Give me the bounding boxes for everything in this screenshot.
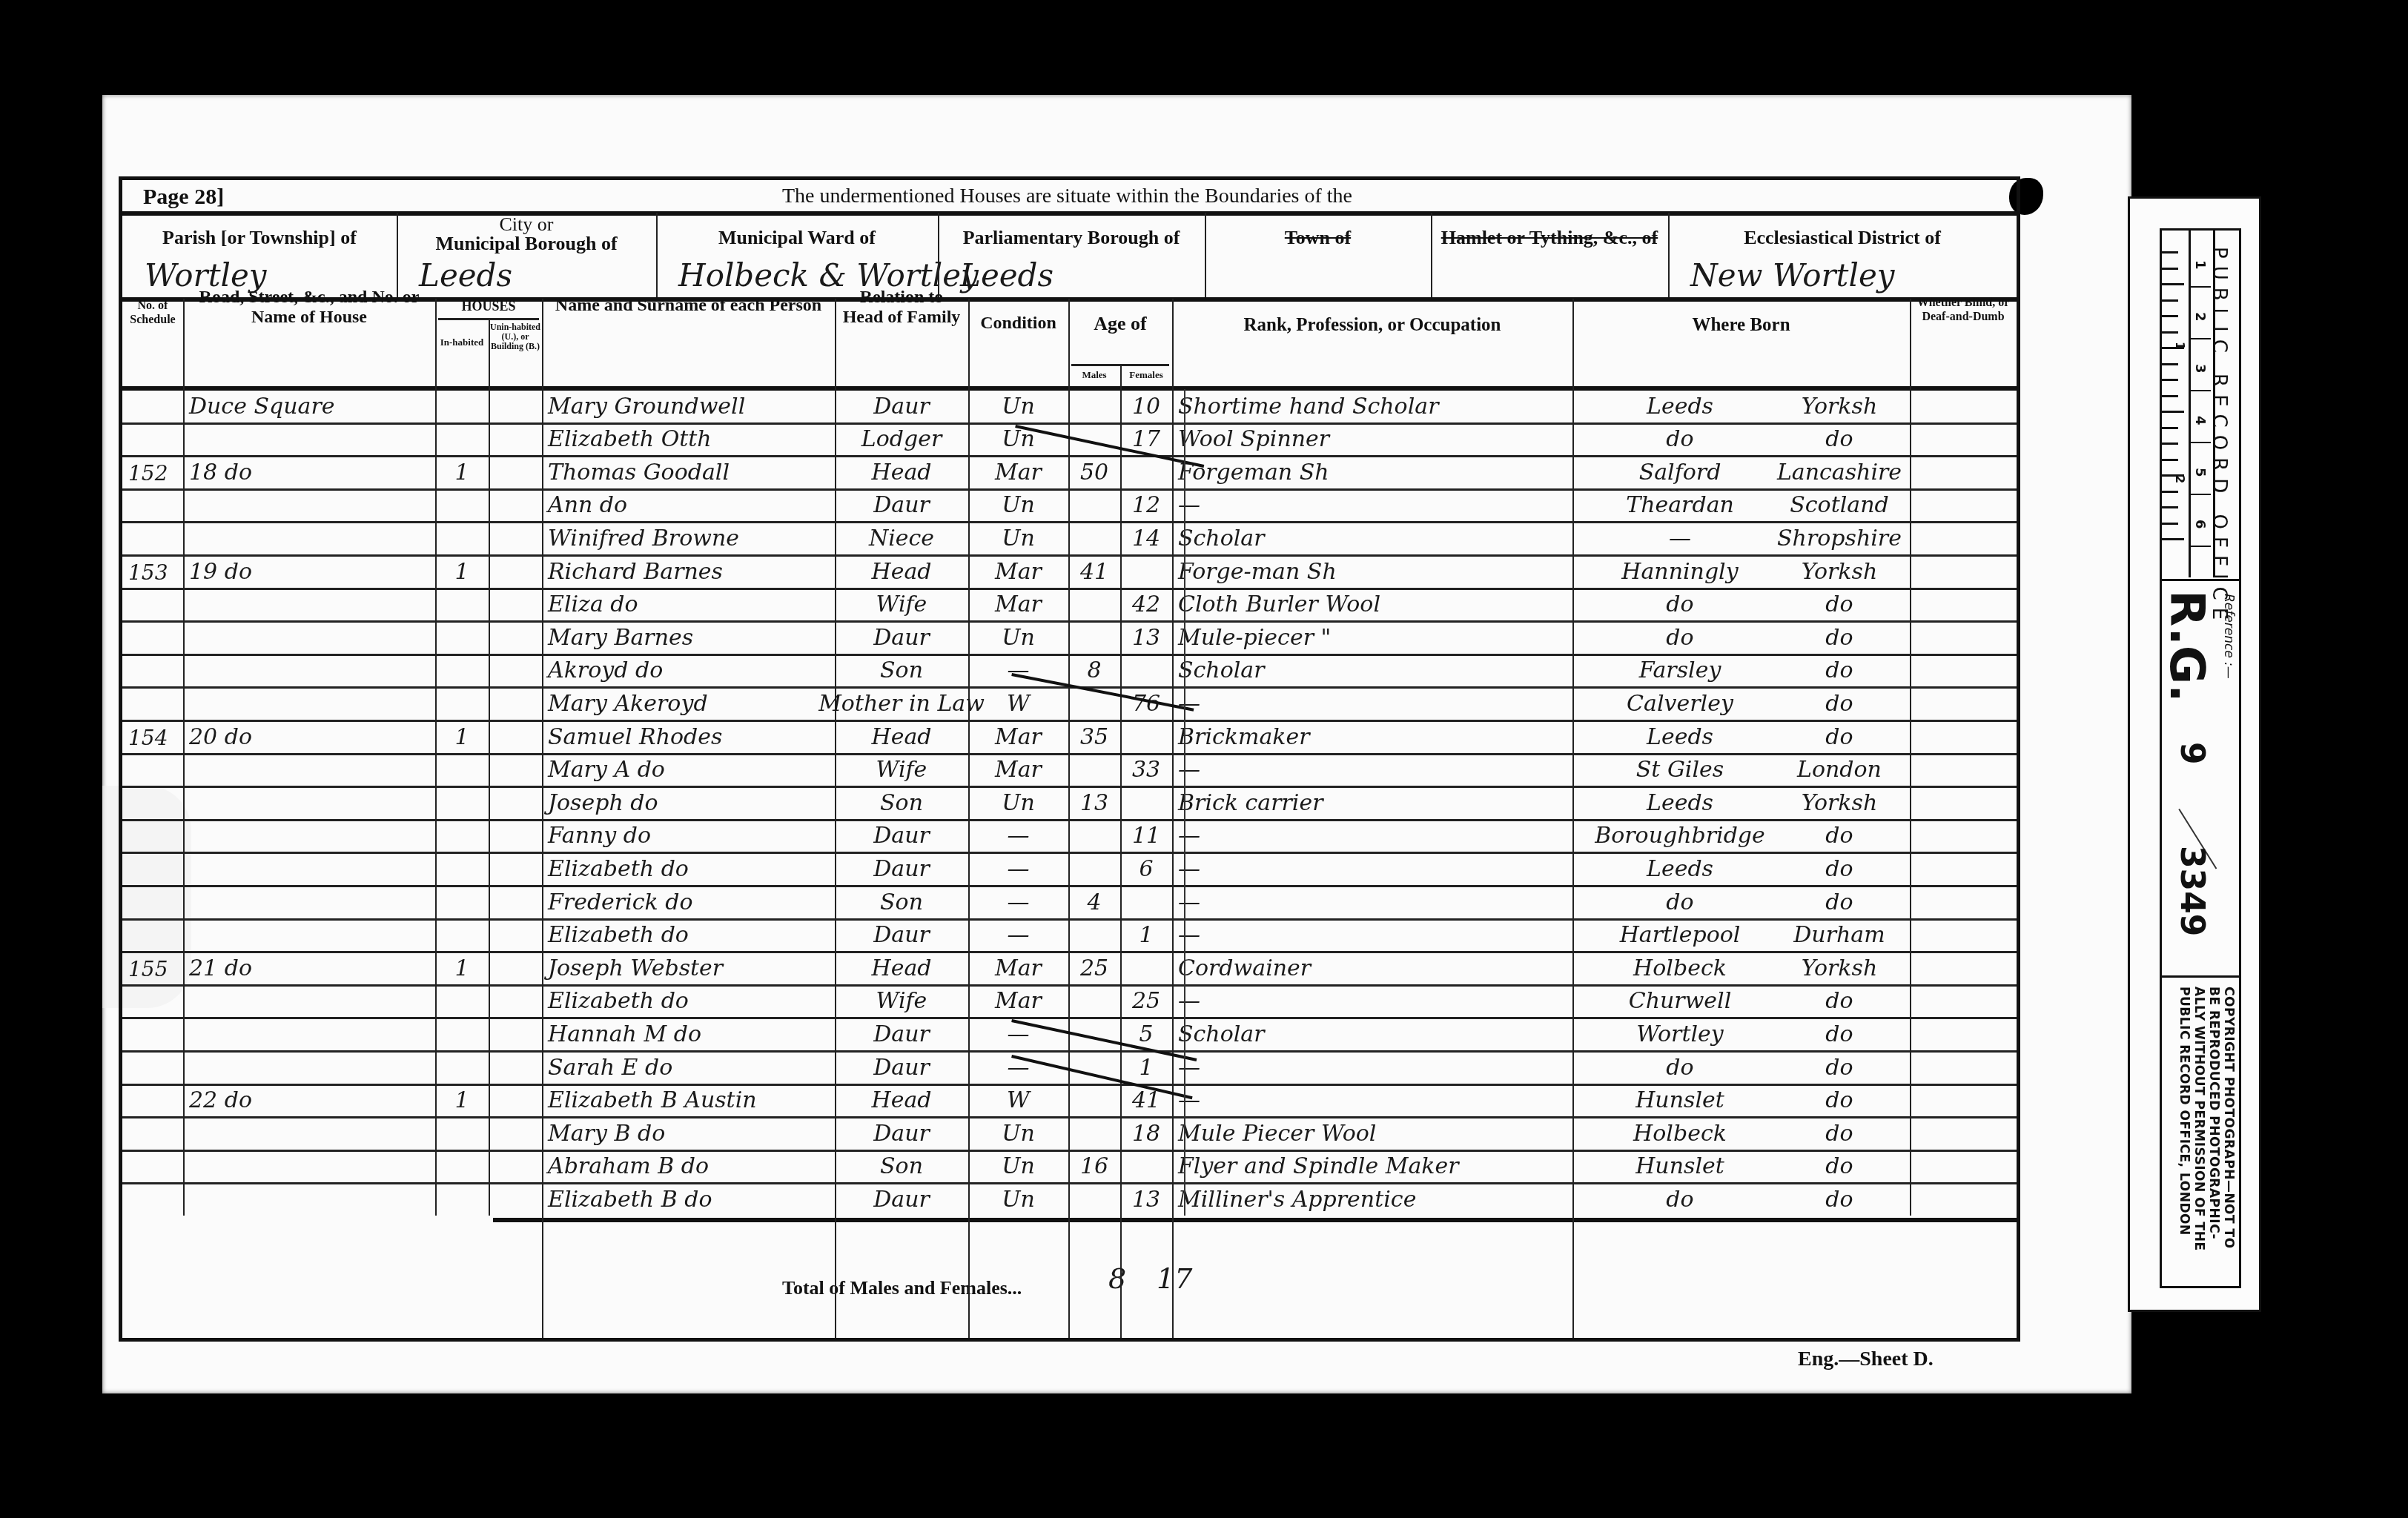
cell-male-age: 16 <box>1074 1150 1114 1183</box>
cell-born-place: Hartlepool <box>1595 918 1765 952</box>
ruler-tick <box>2162 411 2184 413</box>
column-header-born: Where Born <box>1572 315 1910 336</box>
cell-condition: Un <box>974 1182 1062 1216</box>
cell-relation: Daur <box>841 918 962 952</box>
ruler-number: 2 <box>2173 475 2187 483</box>
cell-born-place: do <box>1595 885 1765 918</box>
totals-label: Total of Males and Females... <box>782 1277 1022 1299</box>
scale-number: 1 <box>2192 260 2208 270</box>
cell-name: Eliza do <box>548 588 829 621</box>
copyright-line: BE REPRODUCED PHOTOGRAPHIC- <box>2206 987 2221 1239</box>
ruler-tick <box>2162 283 2184 285</box>
cell-born-place: do <box>1595 620 1765 654</box>
table-row[interactable]: Duce SquareMary GroundwellDaurUn10Shorti… <box>122 389 2017 422</box>
cell-road <box>189 620 429 654</box>
location-value: New Wortley <box>1690 257 1894 294</box>
cell-occupation: — <box>1178 852 1567 885</box>
cell-condition: Mar <box>974 554 1062 588</box>
cell-born-county: do <box>1773 1150 1906 1183</box>
cell-born-county: do <box>1773 422 1906 456</box>
cell-schedule <box>128 885 177 918</box>
cell-female-age <box>1126 786 1166 819</box>
cell-road: 19 do <box>189 554 429 588</box>
cell-schedule <box>128 588 177 621</box>
table-row[interactable]: 22 do1Elizabeth B AustinHeadW41—Hunsletd… <box>122 1084 2017 1117</box>
table-row[interactable]: Abraham B doSonUn16Flyer and Spindle Mak… <box>122 1150 2017 1183</box>
cell-occupation: Brickmaker <box>1178 720 1567 753</box>
cell-occupation: Brick carrier <box>1178 786 1567 819</box>
cell-road <box>189 753 429 786</box>
cell-female-age <box>1126 885 1166 918</box>
cell-name: Elizabeth do <box>548 918 829 952</box>
cell-occupation: — <box>1178 885 1567 918</box>
cell-male-age: 13 <box>1074 786 1114 819</box>
cell-born-county: Yorksh <box>1773 786 1906 819</box>
cell-name: Elizabeth B do <box>548 1182 829 1216</box>
cell-female-age <box>1126 554 1166 588</box>
column-header-females: Females <box>1120 368 1172 381</box>
divider <box>1668 213 1670 297</box>
cell-relation: Daur <box>841 389 962 422</box>
cell-relation: Son <box>841 786 962 819</box>
cell-inhabited <box>441 885 483 918</box>
cell-born-place: St Giles <box>1595 753 1765 786</box>
cell-name: Richard Barnes <box>548 554 829 588</box>
cell-condition: Un <box>974 1150 1062 1183</box>
divider <box>938 213 939 297</box>
archive-reference-tab: 12345612 PUBLIC RECORD OFFICE Reference … <box>2128 196 2261 1312</box>
location-label-prefix: City or <box>397 214 656 235</box>
cell-female-age: 12 <box>1126 488 1166 522</box>
cell-occupation: Forgeman Sh <box>1178 455 1567 488</box>
cell-relation: Daur <box>841 1050 962 1084</box>
cell-male-age: 35 <box>1074 720 1114 753</box>
cell-inhabited <box>441 1150 483 1183</box>
cell-born-county: do <box>1773 1182 1906 1216</box>
cell-occupation: Shortime hand Scholar <box>1178 389 1567 422</box>
cell-female-age: 1 <box>1126 918 1166 952</box>
cell-name: Elizabeth Otth <box>548 422 829 456</box>
location-value: Leeds <box>960 257 1053 294</box>
cell-male-age: 4 <box>1074 885 1114 918</box>
cell-male-age <box>1074 521 1114 554</box>
divider <box>1431 213 1432 297</box>
cell-female-age <box>1126 654 1166 687</box>
ruler-tick <box>2162 251 2178 253</box>
cell-name: Abraham B do <box>548 1150 829 1183</box>
cell-relation: Niece <box>841 521 962 554</box>
cell-condition: — <box>974 1050 1062 1084</box>
table-row[interactable]: Joseph doSonUn13Brick carrierLeedsYorksh <box>122 786 2017 819</box>
cell-female-age: 18 <box>1126 1116 1166 1150</box>
table-row[interactable]: Ann doDaurUn12—TheardanScotland <box>122 488 2017 522</box>
cell-inhabited <box>441 852 483 885</box>
column-header-infirmity: Whether Blind, or Deaf-and-Dumb <box>1910 296 2017 324</box>
column-header-males: Males <box>1068 368 1120 381</box>
cell-condition: Un <box>974 521 1062 554</box>
ruler-tick <box>2162 268 2178 270</box>
ruler-tick <box>2162 427 2178 429</box>
cell-occupation: Mule-piecer " <box>1178 620 1567 654</box>
sheet-footer: Eng.—Sheet D. <box>1798 1348 1934 1371</box>
cell-schedule <box>128 488 177 522</box>
cell-born-place: Hanningly <box>1595 554 1765 588</box>
cell-female-age: 11 <box>1126 819 1166 852</box>
cell-occupation: — <box>1178 1050 1567 1084</box>
cell-born-place: do <box>1595 1050 1765 1084</box>
cell-name: Thomas Goodall <box>548 455 829 488</box>
table-row[interactable]: Mary AkeroydMother in LawW76—Calverleydo <box>122 686 2017 720</box>
cell-relation: Daur <box>841 488 962 522</box>
cell-condition: Mar <box>974 455 1062 488</box>
location-label: Hamlet or Tything, &c., of <box>1431 228 1668 248</box>
cell-female-age: 13 <box>1126 620 1166 654</box>
cell-name: Elizabeth do <box>548 984 829 1018</box>
column-header-road: Road, Street, &c., and No. or Name of Ho… <box>183 288 435 328</box>
ruler-tick <box>2162 363 2178 365</box>
cell-road: 20 do <box>189 720 429 753</box>
column-header-name: Name and Surname of each Person <box>542 296 835 316</box>
cell-inhabited <box>441 753 483 786</box>
cell-born-place: Holbeck <box>1595 951 1765 984</box>
table-row[interactable]: Sarah E doDaur—1—dodo <box>122 1050 2017 1084</box>
cell-female-age: 25 <box>1126 984 1166 1018</box>
cell-schedule <box>128 620 177 654</box>
scale-number: 3 <box>2192 364 2208 374</box>
cell-road <box>189 918 429 952</box>
cell-schedule <box>128 1017 177 1050</box>
cell-relation: Daur <box>841 1182 962 1216</box>
table-row[interactable]: Fanny doDaur—11—Boroughbridgedo <box>122 819 2017 852</box>
cell-road <box>189 422 429 456</box>
table-row[interactable]: Eliza doWifeMar42Cloth Burler Wooldodo <box>122 588 2017 621</box>
cell-born-place: Hunslet <box>1595 1084 1765 1117</box>
cell-occupation: — <box>1178 488 1567 522</box>
cell-condition: — <box>974 918 1062 952</box>
cell-relation: Head <box>841 554 962 588</box>
cell-schedule: 154 <box>128 720 177 753</box>
cell-condition: Mar <box>974 951 1062 984</box>
cell-occupation: — <box>1178 984 1567 1018</box>
table-row[interactable]: Mary BarnesDaurUn13Mule-piecer "dodo <box>122 620 2017 654</box>
cell-occupation: Scholar <box>1178 654 1567 687</box>
cell-road <box>189 786 429 819</box>
table-row[interactable]: Elizabeth doDaur—1—HartlepoolDurham <box>122 918 2017 952</box>
cell-female-age: 13 <box>1126 1182 1166 1216</box>
cell-born-county: Yorksh <box>1773 951 1906 984</box>
cell-name: Joseph do <box>548 786 829 819</box>
table-row[interactable]: Mary A doWifeMar33—St GilesLondon <box>122 753 2017 786</box>
cell-road <box>189 885 429 918</box>
cell-schedule <box>128 1084 177 1117</box>
cell-relation: Head <box>841 951 962 984</box>
cell-name: Akroyd do <box>548 654 829 687</box>
scale-number: 4 <box>2192 416 2208 425</box>
cell-schedule <box>128 654 177 687</box>
cell-name: Fanny do <box>548 819 829 852</box>
cell-male-age <box>1074 488 1114 522</box>
cell-schedule <box>128 1050 177 1084</box>
location-label: Municipal Ward of <box>656 228 938 248</box>
table-row[interactable]: Elizabeth doDaur—6—Leedsdo <box>122 852 2017 885</box>
cell-born-place: do <box>1595 1182 1765 1216</box>
table-row[interactable]: 15218 do1Thomas GoodallHeadMar50Forgeman… <box>122 455 2017 488</box>
cell-relation: Daur <box>841 1116 962 1150</box>
cell-relation: Wife <box>841 984 962 1018</box>
cell-occupation: Milliner's Apprentice <box>1178 1182 1567 1216</box>
location-label: Parish [or Township] of <box>122 228 397 248</box>
cell-inhabited <box>441 984 483 1018</box>
cell-male-age <box>1074 819 1114 852</box>
cell-condition: — <box>974 819 1062 852</box>
cell-born-county: do <box>1773 654 1906 687</box>
cell-male-age: 41 <box>1074 554 1114 588</box>
cell-male-age <box>1074 1116 1114 1150</box>
cell-name: Mary Barnes <box>548 620 829 654</box>
copyright-line: COPYRIGHT PHOTOGRAPH—NOT TO <box>2221 987 2236 1249</box>
ruler-tick <box>2162 395 2178 397</box>
cell-name: Sarah E do <box>548 1050 829 1084</box>
cell-male-age <box>1074 389 1114 422</box>
cell-male-age: 25 <box>1074 951 1114 984</box>
occupation-bracket <box>1184 389 1185 1216</box>
cell-male-age <box>1074 918 1114 952</box>
cell-inhabited <box>441 521 483 554</box>
cell-born-county: Durham <box>1773 918 1906 952</box>
cell-condition: — <box>974 885 1062 918</box>
ruler-tick <box>2162 331 2178 334</box>
cell-born-county: do <box>1773 720 1906 753</box>
cell-schedule <box>128 1182 177 1216</box>
cell-born-place: do <box>1595 422 1765 456</box>
cell-born-county: do <box>1773 620 1906 654</box>
cell-road: 21 do <box>189 951 429 984</box>
column-header-condition: Condition <box>968 314 1068 334</box>
cell-inhabited <box>441 620 483 654</box>
reference-label: Reference :— <box>2221 594 2236 679</box>
cell-occupation: Forge-man Sh <box>1178 554 1567 588</box>
cell-female-age: 42 <box>1126 588 1166 621</box>
cell-condition: W <box>974 1084 1062 1117</box>
scale-number: 2 <box>2192 312 2208 322</box>
ruler-tick <box>2162 538 2184 540</box>
cell-relation: Wife <box>841 753 962 786</box>
cell-name: Mary A do <box>548 753 829 786</box>
ruler-tick <box>2162 443 2178 445</box>
cell-inhabited <box>441 686 483 720</box>
column-header-uninhabited: Unin-habited (U.), or Building (B.) <box>489 322 542 351</box>
location-label: Municipal Borough of <box>397 233 656 254</box>
location-label: Parliamentary Borough of <box>938 228 1205 248</box>
cell-relation: Daur <box>841 1017 962 1050</box>
archive-tab-frame: 12345612 PUBLIC RECORD OFFICE Reference … <box>2160 228 2241 1288</box>
cell-inhabited <box>441 389 483 422</box>
cell-condition: — <box>974 852 1062 885</box>
cell-occupation: — <box>1178 918 1567 952</box>
cell-inhabited: 1 <box>441 1084 483 1117</box>
cell-born-place: Holbeck <box>1595 1116 1765 1150</box>
cell-relation: Daur <box>841 620 962 654</box>
cell-condition: Un <box>974 389 1062 422</box>
cell-born-county: Yorksh <box>1773 389 1906 422</box>
cell-female-age <box>1126 951 1166 984</box>
cell-occupation: — <box>1178 753 1567 786</box>
cell-relation: Son <box>841 654 962 687</box>
cell-relation: Lodger <box>841 422 962 456</box>
cell-schedule <box>128 389 177 422</box>
cell-male-age <box>1074 1182 1114 1216</box>
column-header-occupation: Rank, Profession, or Occupation <box>1172 315 1572 336</box>
cell-road <box>189 852 429 885</box>
location-label: Ecclesiastical District of <box>1668 228 2017 248</box>
cell-born-county: London <box>1773 753 1906 786</box>
cell-born-place: — <box>1595 521 1765 554</box>
ruler-tick <box>2162 459 2178 461</box>
cell-occupation: Scholar <box>1178 521 1567 554</box>
cell-born-place: Calverley <box>1595 686 1765 720</box>
cell-name: Mary Groundwell <box>548 389 829 422</box>
divider <box>656 213 658 297</box>
cell-female-age <box>1126 455 1166 488</box>
cell-inhabited <box>441 1116 483 1150</box>
table-row[interactable]: Frederick doSon—4—dodo <box>122 885 2017 918</box>
cell-condition: Mar <box>974 753 1062 786</box>
cell-relation: Head <box>841 455 962 488</box>
cell-road <box>189 1017 429 1050</box>
cell-condition: W <box>974 686 1062 720</box>
cell-schedule <box>128 918 177 952</box>
cell-inhabited <box>441 786 483 819</box>
cell-occupation: Scholar <box>1178 1017 1567 1050</box>
cell-male-age <box>1074 1084 1114 1117</box>
cell-schedule <box>128 984 177 1018</box>
cell-road: 18 do <box>189 455 429 488</box>
cell-female-age: 6 <box>1126 852 1166 885</box>
table-row[interactable]: Elizabeth B doDaurUn13Milliner's Apprent… <box>122 1182 2017 1216</box>
cell-born-county: Shropshire <box>1773 521 1906 554</box>
cell-condition: Mar <box>974 720 1062 753</box>
table-row[interactable]: Akroyd doSon—8ScholarFarsleydo <box>122 654 2017 687</box>
cell-schedule <box>128 422 177 456</box>
cell-condition: Un <box>974 620 1062 654</box>
location-label: Town of <box>1205 228 1431 248</box>
cell-inhabited <box>441 1017 483 1050</box>
cell-schedule <box>128 852 177 885</box>
cell-born-place: Leeds <box>1595 720 1765 753</box>
cell-road <box>189 1116 429 1150</box>
cell-born-county: do <box>1773 984 1906 1018</box>
column-header-relation: Relation to Head of Family <box>835 288 968 328</box>
cell-condition: Un <box>974 786 1062 819</box>
cell-condition: Mar <box>974 588 1062 621</box>
cell-relation: Wife <box>841 588 962 621</box>
series-code: R.G. <box>2159 590 2214 703</box>
cell-road <box>189 488 429 522</box>
cell-inhabited <box>441 588 483 621</box>
copyright-line: PUBLIC RECORD OFFICE, LONDON <box>2177 987 2192 1236</box>
cell-occupation: — <box>1178 1084 1567 1117</box>
cell-road <box>189 654 429 687</box>
ruler-tick <box>2162 491 2178 493</box>
cell-born-place: Leeds <box>1595 786 1765 819</box>
cell-born-place: Theardan <box>1595 488 1765 522</box>
table-row[interactable]: Winifred BrowneNieceUn14Scholar—Shropshi… <box>122 521 2017 554</box>
cell-born-county: do <box>1773 1050 1906 1084</box>
cell-inhabited: 1 <box>441 720 483 753</box>
cell-name: Mary B do <box>548 1116 829 1150</box>
ruler-tick <box>2162 506 2178 508</box>
class-number: 9 <box>2173 742 2211 765</box>
table-row[interactable]: 15420 do1Samuel RhodesHeadMar35Brickmake… <box>122 720 2017 753</box>
cell-name: Ann do <box>548 488 829 522</box>
scale-number: 6 <box>2192 520 2208 529</box>
cell-female-age: 10 <box>1126 389 1166 422</box>
cell-female-age: 1 <box>1126 1050 1166 1084</box>
cell-occupation: Flyer and Spindle Maker <box>1178 1150 1567 1183</box>
cell-born-place: Leeds <box>1595 852 1765 885</box>
cell-relation: Mother in Law <box>841 686 962 720</box>
cell-relation: Head <box>841 1084 962 1117</box>
table-row[interactable]: Mary B doDaurUn18Mule Piecer WoolHolbeck… <box>122 1116 2017 1150</box>
cell-male-age: 8 <box>1074 654 1114 687</box>
table-row[interactable]: 15319 do1Richard BarnesHeadMar41Forge-ma… <box>122 554 2017 588</box>
cell-schedule <box>128 1150 177 1183</box>
cell-road <box>189 1050 429 1084</box>
cell-born-place: Churwell <box>1595 984 1765 1018</box>
cell-born-county: do <box>1773 1084 1906 1117</box>
totals-males: 8 <box>1108 1262 1126 1295</box>
cell-road <box>189 1150 429 1183</box>
table-row[interactable]: 15521 do1Joseph WebsterHeadMar25Cordwain… <box>122 951 2017 984</box>
cell-male-age: 50 <box>1074 455 1114 488</box>
cell-born-county: do <box>1773 819 1906 852</box>
cell-occupation: Cloth Burler Wool <box>1178 588 1567 621</box>
cell-female-age <box>1126 1150 1166 1183</box>
cell-inhabited <box>441 1182 483 1216</box>
cell-born-county: do <box>1773 885 1906 918</box>
cell-inhabited: 1 <box>441 455 483 488</box>
cell-born-place: do <box>1595 588 1765 621</box>
cell-relation: Son <box>841 885 962 918</box>
cell-condition: Un <box>974 1116 1062 1150</box>
cell-schedule <box>128 521 177 554</box>
scale-number: 5 <box>2192 468 2208 477</box>
cell-born-county: Lancashire <box>1773 455 1906 488</box>
cell-inhabited <box>441 918 483 952</box>
column-header-age: Age of <box>1068 314 1172 334</box>
cell-name: Samuel Rhodes <box>548 720 829 753</box>
cell-inhabited <box>441 819 483 852</box>
cell-female-age: 14 <box>1126 521 1166 554</box>
cell-born-place: Boroughbridge <box>1595 819 1765 852</box>
banner-text: The undermentioned Houses are situate wi… <box>782 185 1352 208</box>
table-row[interactable]: Elizabeth doWifeMar25—Churwelldo <box>122 984 2017 1018</box>
cell-male-age <box>1074 852 1114 885</box>
cell-male-age <box>1074 588 1114 621</box>
cell-born-county: do <box>1773 1017 1906 1050</box>
cell-inhabited <box>441 422 483 456</box>
cell-inhabited <box>441 654 483 687</box>
cell-road <box>189 819 429 852</box>
cell-schedule <box>128 1116 177 1150</box>
cell-name: Frederick do <box>548 885 829 918</box>
cell-occupation: Cordwainer <box>1178 951 1567 984</box>
cell-inhabited: 1 <box>441 554 483 588</box>
cell-born-place: Farsley <box>1595 654 1765 687</box>
cell-born-place: Leeds <box>1595 389 1765 422</box>
census-table: Page 28] The undermentioned Houses are s… <box>119 176 2020 1342</box>
cell-road <box>189 984 429 1018</box>
